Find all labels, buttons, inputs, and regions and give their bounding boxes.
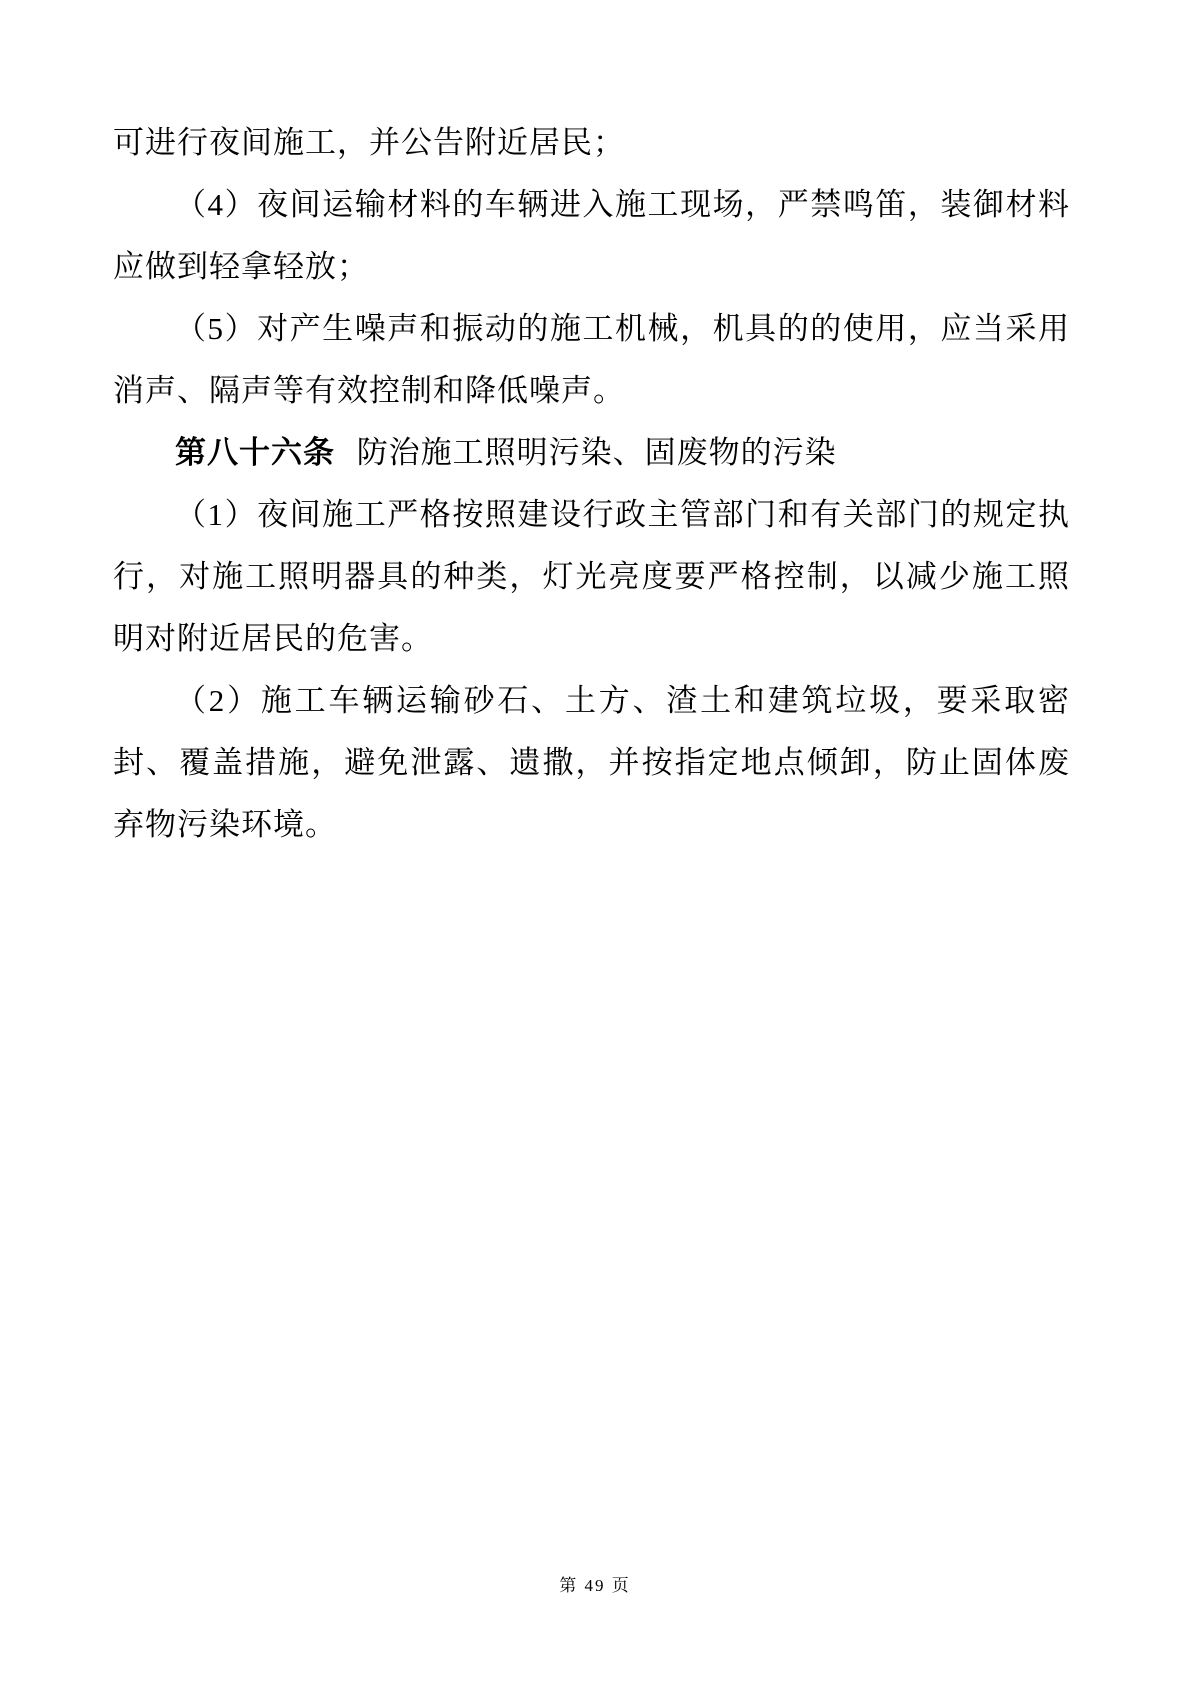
- document-page: 可进行夜间施工，并公告附近居民； （4）夜间运输材料的车辆进入施工现场，严禁鸣笛…: [0, 0, 1190, 1683]
- article-title: 防治施工照明污染、固废物的污染: [357, 435, 837, 470]
- paragraph-item-2: （2）施工车辆运输砂石、土方、渣土和建筑垃圾，要采取密封、覆盖措施，避免泄露、遗…: [113, 670, 1070, 856]
- paragraph-item-5: （5）对产生噪声和振动的施工机械，机具的的使用，应当采用消声、隔声等有效控制和降…: [113, 298, 1070, 422]
- paragraph-item-4: （4）夜间运输材料的车辆进入施工现场，严禁鸣笛，装御材料应做到轻拿轻放；: [113, 174, 1070, 298]
- page-number: 第 49 页: [559, 1576, 631, 1595]
- page-footer: 第 49 页: [0, 1574, 1190, 1598]
- article-heading: 第八十六条防治施工照明污染、固废物的污染: [113, 422, 1070, 484]
- document-body: 可进行夜间施工，并公告附近居民； （4）夜间运输材料的车辆进入施工现场，严禁鸣笛…: [113, 112, 1070, 856]
- article-number: 第八十六条: [175, 435, 335, 470]
- paragraph-continuation: 可进行夜间施工，并公告附近居民；: [113, 112, 1070, 174]
- paragraph-item-1: （1）夜间施工严格按照建设行政主管部门和有关部门的规定执行，对施工照明器具的种类…: [113, 484, 1070, 670]
